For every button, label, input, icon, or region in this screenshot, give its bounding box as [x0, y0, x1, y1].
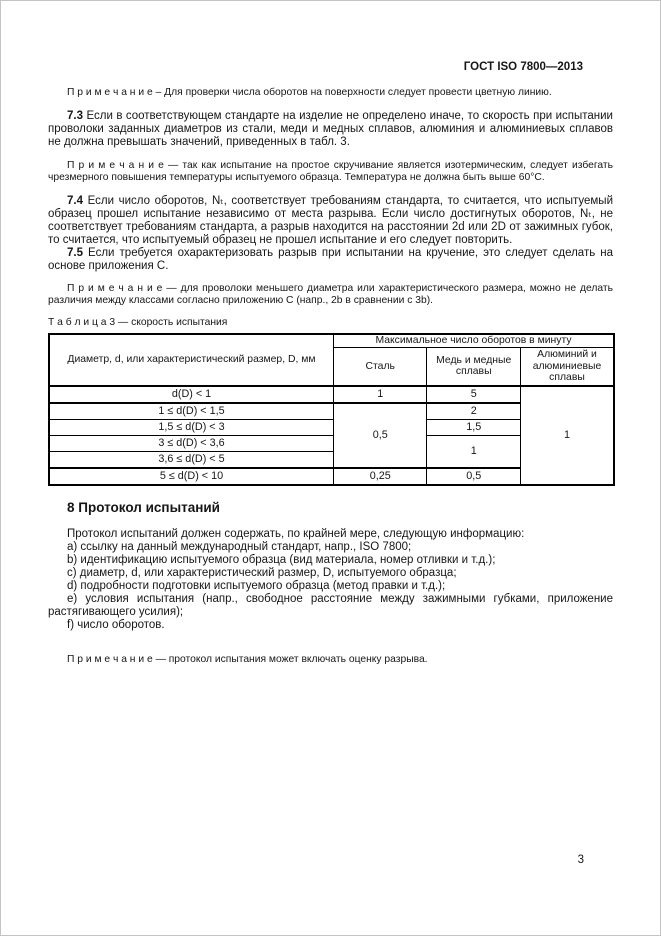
- page-number: 3: [578, 854, 584, 866]
- speed-table: Диаметр, d, или характеристический разме…: [48, 333, 615, 486]
- cell-copper: 1,5: [427, 419, 520, 435]
- clause-text: Если требуется охарактеризовать разрыв п…: [48, 247, 613, 272]
- cell-diameter: d(D) < 1: [49, 386, 334, 403]
- list-item: a) ссылку на данный международный станда…: [48, 541, 613, 554]
- report-items-list: a) ссылку на данный международный станда…: [48, 541, 613, 632]
- cell-copper: 0,5: [427, 468, 520, 485]
- page-content: П р и м е ч а н и е – Для проверки числа…: [48, 87, 613, 666]
- cell-diameter: 1,5 ≤ d(D) < 3: [49, 419, 334, 435]
- clause-text: Если число оборотов, Nₜ, соответствует т…: [48, 195, 613, 246]
- note-classes: П р и м е ч а н и е — для проволоки мень…: [48, 283, 613, 308]
- clause-number: 7.4: [67, 195, 83, 207]
- list-item: d) подробности подготовки испытуемого об…: [48, 580, 613, 593]
- note-label: П р и м е ч а н и е: [67, 654, 153, 665]
- table-header-row-span: Диаметр, d, или характеристический разме…: [49, 334, 614, 348]
- clause-text: Если в соответствующем стандарте на изде…: [48, 110, 613, 148]
- clause-7-5: 7.5 Если требуется охарактеризовать разр…: [48, 247, 613, 273]
- running-header-doc-code: ГОСТ ISO 7800—2013: [1, 61, 583, 73]
- cell-copper: 2: [427, 403, 520, 420]
- note-text: – Для проверки числа оборотов на поверхн…: [153, 87, 552, 98]
- col-header-steel: Сталь: [334, 348, 427, 386]
- list-item: f) число оборотов.: [48, 619, 613, 632]
- table-row: d(D) < 1 1 5 1: [49, 386, 614, 403]
- document-page: ГОСТ ISO 7800—2013 П р и м е ч а н и е –…: [0, 0, 661, 936]
- note-label: П р и м е ч а н и е: [67, 160, 164, 171]
- cell-steel: 0,25: [334, 468, 427, 485]
- note-isothermal: П р и м е ч а н и е — так как испытание …: [48, 160, 613, 185]
- clause-7-3: 7.3 Если в соответствующем стандарте на …: [48, 110, 613, 149]
- cell-copper: 5: [427, 386, 520, 403]
- clause-number: 7.5: [67, 247, 83, 259]
- note-report: П р и м е ч а н и е — протокол испытания…: [48, 654, 613, 667]
- cell-diameter: 5 ≤ d(D) < 10: [49, 468, 334, 485]
- cell-copper: 1: [427, 435, 520, 468]
- clause-number: 7.3: [67, 110, 83, 122]
- clause-7-4: 7.4 Если число оборотов, Nₜ, соответству…: [48, 195, 613, 247]
- cell-steel: 0,5: [334, 403, 427, 468]
- col-header-aluminum: Алюминий и алюминиевые сплавы: [520, 348, 614, 386]
- cell-diameter: 3 ≤ d(D) < 3,6: [49, 435, 334, 451]
- cell-aluminum: 1: [520, 386, 614, 485]
- cell-diameter: 3,6 ≤ d(D) < 5: [49, 451, 334, 468]
- col-header-max-turns: Максимальное число оборотов в минуту: [334, 334, 615, 348]
- table-caption: Т а б л и ц а 3 — скорость испытания: [48, 317, 613, 330]
- list-item: b) идентификацию испытуемого образца (ви…: [48, 554, 613, 567]
- note-label: П р и м е ч а н и е: [67, 283, 162, 294]
- col-header-copper: Медь и медные сплавы: [427, 348, 520, 386]
- list-item: c) диаметр, d, или характеристический ра…: [48, 567, 613, 580]
- table-caption-label: Т а б л и ц а 3: [48, 317, 115, 328]
- cell-steel: 1: [334, 386, 427, 403]
- col-header-diameter: Диаметр, d, или характеристический разме…: [49, 334, 334, 386]
- list-item: e) условия испытания (напр., свободное р…: [48, 593, 613, 619]
- note-label: П р и м е ч а н и е: [67, 87, 153, 98]
- note-color-line: П р и м е ч а н и е – Для проверки числа…: [48, 87, 613, 100]
- cell-diameter: 1 ≤ d(D) < 1,5: [49, 403, 334, 420]
- note-text: — протокол испытания может включать оцен…: [153, 654, 428, 665]
- section-8-title: 8 Протокол испытаний: [48, 500, 613, 515]
- section-8-intro: Протокол испытаний должен содержать, по …: [48, 528, 613, 541]
- table-caption-text: — скорость испытания: [115, 317, 227, 328]
